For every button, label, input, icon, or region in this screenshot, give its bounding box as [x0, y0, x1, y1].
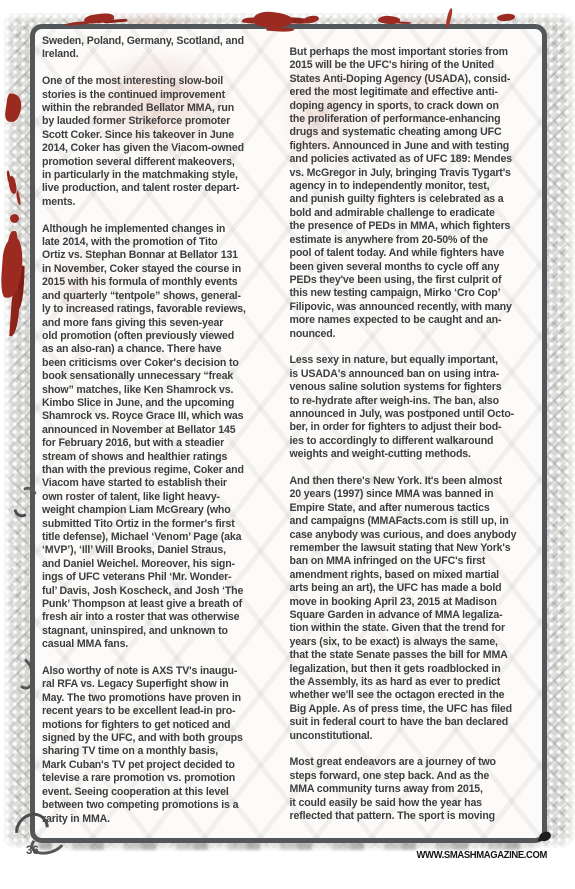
paragraph: But perhaps the most important stories f… [290, 46, 538, 341]
paragraph: Sweden, Poland, Germany, Scotland, and I… [42, 35, 278, 62]
page-number: 36 [26, 845, 39, 857]
site-url: WWW.SMASHMAGAZINE.COM [417, 849, 548, 861]
article-column-right: But perhaps the most important stories f… [290, 35, 538, 839]
magazine-page: Sweden, Poland, Germany, Scotland, and I… [0, 0, 575, 889]
article-column-left: Sweden, Poland, Germany, Scotland, and I… [42, 35, 278, 839]
paragraph: Most great endeavors are a journey of tw… [290, 756, 538, 823]
paragraph: One of the most interesting slow-boil st… [42, 75, 278, 209]
paragraph: Less sexy in nature, but equally importa… [290, 354, 538, 461]
blood-splatter [10, 214, 19, 223]
paragraph: Although he implemented changes in late … [42, 223, 278, 652]
content-panel: Sweden, Poland, Germany, Scotland, and I… [30, 24, 547, 843]
paragraph: Also worthy of note is AXS TV's inaugu- … [42, 665, 278, 826]
article-body: Sweden, Poland, Germany, Scotland, and I… [42, 35, 538, 839]
paragraph: And then there's New York. It's been alm… [290, 475, 538, 743]
